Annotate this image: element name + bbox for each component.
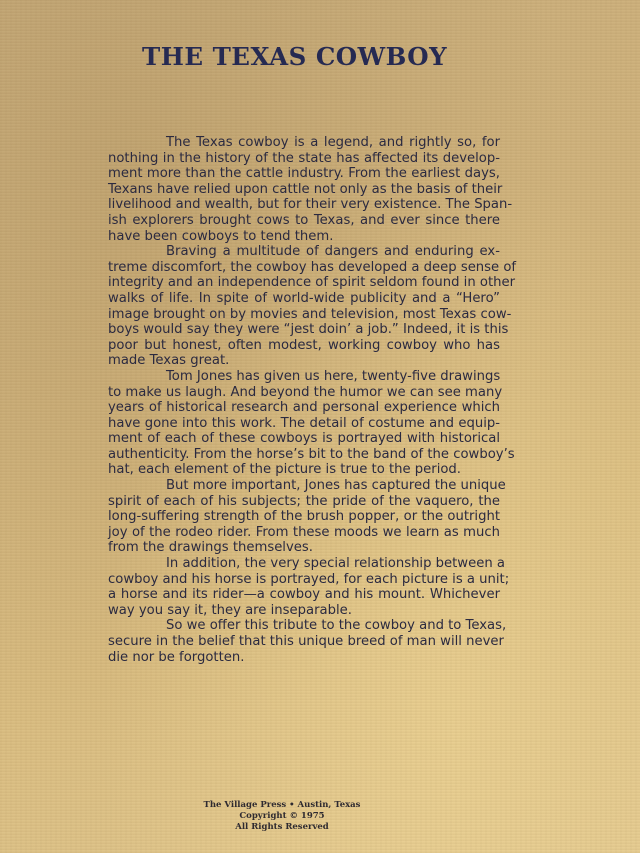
text-line: image brought on by movies and televisio… (108, 307, 500, 323)
text-line: years of historical research and persona… (108, 400, 500, 416)
text-line: authenticity. From the horse’s bit to th… (108, 447, 500, 463)
text-line: But more important, Jones has captured t… (108, 478, 500, 494)
text-line: a horse and its rider—a cowboy and his m… (108, 587, 500, 603)
text-line: long-suffering strength of the brush pop… (108, 509, 500, 525)
text-line: The Texas cowboy is a legend, and rightl… (108, 135, 500, 151)
body-text: The Texas cowboy is a legend, and rightl… (108, 135, 500, 665)
text-line: livelihood and wealth, but for their ver… (108, 197, 500, 213)
text-line: poor but honest, often modest, working c… (108, 338, 500, 354)
text-line: die nor be forgotten. (108, 650, 500, 666)
printed-page: THE TEXAS COWBOY The Texas cowboy is a l… (0, 0, 640, 853)
text-line: cowboy and his horse is portrayed, for e… (108, 572, 500, 588)
text-line: ish explorers brought cows to Texas, and… (108, 213, 500, 229)
paragraph: In addition, the very special relationsh… (108, 556, 500, 618)
text-line: from the drawings themselves. (108, 540, 500, 556)
imprint-footer: The Village Press • Austin, Texas Copyri… (0, 800, 564, 833)
text-line: have been cowboys to tend them. (108, 229, 500, 245)
text-line: spirit of each of his subjects; the prid… (108, 494, 500, 510)
text-line: made Texas great. (108, 353, 500, 369)
paragraph: But more important, Jones has captured t… (108, 478, 500, 556)
text-line: Tom Jones has given us here, twenty-five… (108, 369, 500, 385)
paragraph: So we offer this tribute to the cowboy a… (108, 618, 500, 665)
text-line: Texans have relied upon cattle not only … (108, 182, 500, 198)
publisher-line: The Village Press • Austin, Texas (0, 800, 564, 811)
text-line: treme discomfort, the cowboy has develop… (108, 260, 500, 276)
text-line: In addition, the very special relationsh… (108, 556, 500, 572)
text-line: ment more than the cattle industry. From… (108, 166, 500, 182)
text-line: joy of the rodeo rider. From these moods… (108, 525, 500, 541)
text-line: Braving a multitude of dangers and endur… (108, 244, 500, 260)
paragraph: Tom Jones has given us here, twenty-five… (108, 369, 500, 478)
page-title: THE TEXAS COWBOY (142, 42, 509, 71)
copyright-line: Copyright © 1975 (0, 811, 564, 822)
paragraph: Braving a multitude of dangers and endur… (108, 244, 500, 369)
text-line: way you say it, they are inseparable. (108, 603, 500, 619)
text-line: integrity and an independence of spirit … (108, 275, 500, 291)
text-line: nothing in the history of the state has … (108, 151, 500, 167)
text-line: boys would say they were “jest doin’ a j… (108, 322, 500, 338)
rights-line: All Rights Reserved (0, 822, 564, 833)
text-line: hat, each element of the picture is true… (108, 462, 500, 478)
text-line: walks of life. In spite of world-wide pu… (108, 291, 500, 307)
text-line: secure in the belief that this unique br… (108, 634, 500, 650)
text-line: to make us laugh. And beyond the humor w… (108, 385, 500, 401)
text-line: have gone into this work. The detail of … (108, 416, 500, 432)
paragraph: The Texas cowboy is a legend, and rightl… (108, 135, 500, 244)
text-line: So we offer this tribute to the cowboy a… (108, 618, 500, 634)
text-line: ment of each of these cowboys is portray… (108, 431, 500, 447)
